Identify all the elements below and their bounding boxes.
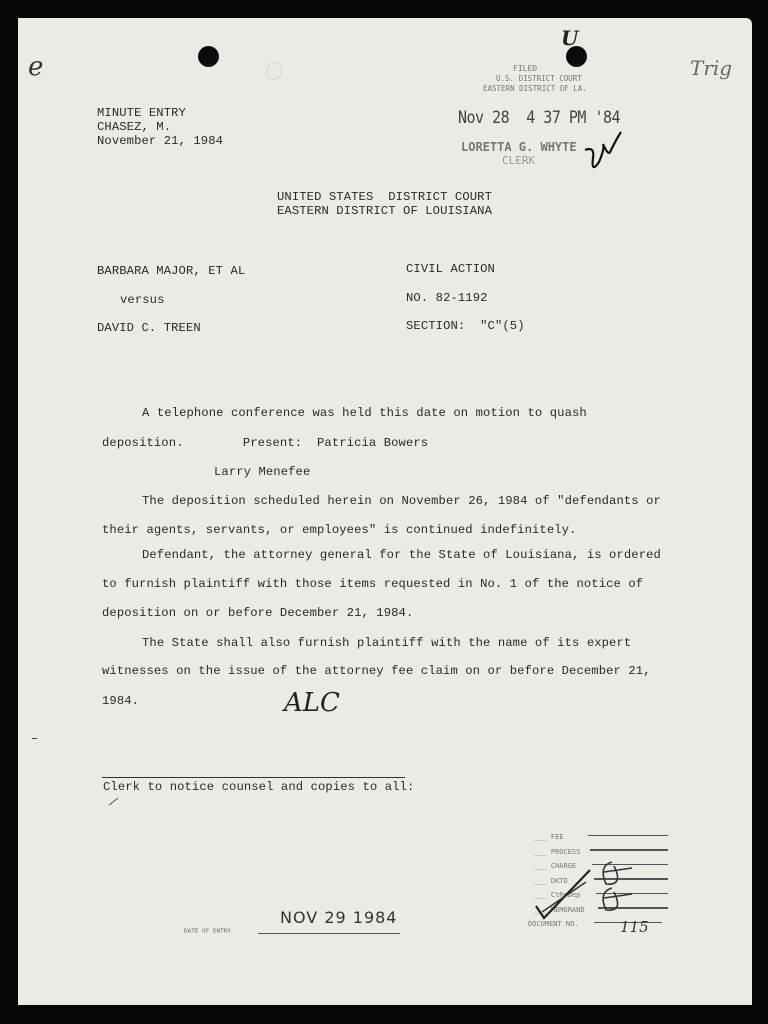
body-line-9: The State shall also furnish plaintiff w…: [142, 636, 631, 651]
punch-hole-left: [198, 46, 219, 67]
entry-date-label: DATE OF ENTRY: [184, 929, 231, 935]
entry-date-value: NOV 29 1984: [280, 908, 397, 927]
check-tick-icon: [108, 796, 120, 806]
filed-stamp-clerk-title: CLERK: [502, 154, 535, 167]
judge-name: CHASEZ, M.: [97, 120, 171, 135]
plaintiff-name: BARBARA MAJOR, ET AL: [97, 264, 245, 279]
margin-dash-mark: [32, 738, 37, 739]
case-number: NO. 82-1192: [406, 291, 488, 306]
filed-stamp-clerk-name: LORETTA G. WHYTE: [461, 140, 577, 154]
docket-stamp: ___ FEE___ PROCESS___ CHARGE___ DKTD___ …: [528, 826, 668, 934]
body-line-4: The deposition scheduled herein on Novem…: [142, 494, 661, 509]
margin-mark-top-right: Trig: [690, 56, 732, 80]
margin-mark-top-left: e: [28, 52, 43, 82]
body-line-8: deposition on or before December 21, 198…: [102, 606, 413, 621]
body-line-3: Larry Menefee: [214, 465, 310, 480]
clerk-note-rule: [102, 777, 405, 778]
body-line-11: 1984.: [102, 694, 139, 709]
body-line-5: their agents, servants, or employees" is…: [102, 523, 576, 538]
clerk-signature-icon: [583, 128, 623, 178]
filed-stamp-timestamp: Nov 28 4 37 PM '84: [458, 107, 620, 128]
margin-mark-top-center: U: [561, 26, 578, 50]
action-type: CIVIL ACTION: [406, 262, 495, 277]
entry-date-rule: [258, 933, 400, 934]
filed-stamp-line3: EASTERN DISTRICT OF LA.: [483, 84, 587, 93]
court-name: UNITED STATES DISTRICT COURT: [277, 190, 492, 205]
versus-label: versus: [120, 293, 164, 308]
entry-date: November 21, 1984: [97, 134, 223, 149]
faint-punch-mark: [266, 62, 282, 80]
judge-initials: ALC: [284, 688, 340, 718]
entry-type: MINUTE ENTRY: [97, 106, 186, 121]
body-line-2: deposition. Present: Patricia Bowers: [102, 436, 428, 451]
case-section: SECTION: "C"(5): [406, 319, 525, 334]
body-line-7: to furnish plaintiff with those items re…: [102, 577, 643, 592]
filed-stamp-line2: U.S. DISTRICT COURT: [496, 74, 582, 83]
body-line-1: A telephone conference was held this dat…: [142, 406, 587, 421]
document-page: e U Trig MINUTE ENTRY CHASEZ, M. Novembe…: [18, 18, 752, 1005]
docket-document-number: 115: [620, 918, 649, 936]
body-line-10: witnesses on the issue of the attorney f…: [102, 664, 651, 679]
court-district: EASTERN DISTRICT OF LOUISIANA: [277, 204, 492, 219]
clerk-note: Clerk to notice counsel and copies to al…: [103, 780, 414, 795]
defendant-name: DAVID C. TREEN: [97, 321, 201, 336]
body-line-6: Defendant, the attorney general for the …: [142, 548, 661, 563]
filed-stamp-line1: FILED: [513, 64, 537, 73]
